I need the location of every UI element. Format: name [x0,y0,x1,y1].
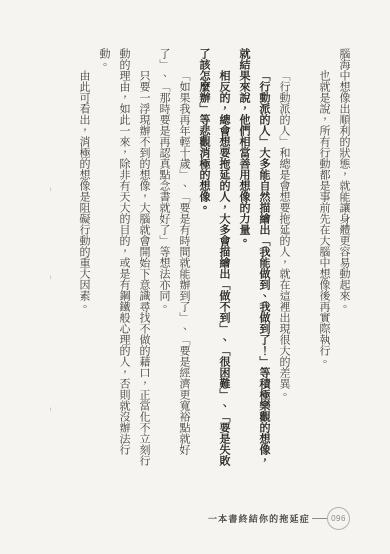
paragraph: 「行動派的人」大多能自然描繪出「我能做到、我做到了！」等積極樂觀的想像，就結果來… [234,48,274,472]
paragraph: 由此可看出，消極的想像是阻礙行動的重大因素。 [74,48,94,472]
page-number: 096 [331,514,346,523]
paragraph: 腦海中想像出順利的狀態，就能讓身體更容易動起來。 [334,48,354,472]
paragraph: 「如果我再年輕十歲」、「要是有時間就能辦到了」、「要是經濟更寬裕點就好了」、「那… [154,48,194,472]
paragraph: 也就是說，所有行動都是事前先在大腦中想像後再實際執行。 [314,48,334,472]
book-page: 腦海中想像出順利的狀態，就能讓身體更容易動起來。 也就是說，所有行動都是事前先在… [0,0,390,554]
paragraph: 只要一浮現辦不到的想像，大腦就會開始下意識尋找不做的藉口，正當化不立刻行動的理由… [94,48,154,472]
paragraph: 「行動派的人」和總是會想要拖延的人，就在這裡出現很大的差異。 [274,48,294,472]
page-number-badge: 096 [327,507,350,530]
page-footer: 一本書終結你的拖延症 096 [208,507,350,530]
book-title: 一本書終結你的拖延症 [208,512,310,525]
footer-divider-line [312,518,327,519]
page-text: 腦海中想像出順利的狀態，就能讓身體更容易動起來。 也就是說，所有行動都是事前先在… [50,48,354,472]
paragraph: 相反的，總會想要拖延的人，大多會描繪出「做不到」、「很困難」、「要是失敗了該怎麼… [194,48,234,472]
paragraph: 因此，為了要成為一個「行動派」，擁有「我能辦到！」或更進一步「我辦到了！」 [50,48,54,472]
